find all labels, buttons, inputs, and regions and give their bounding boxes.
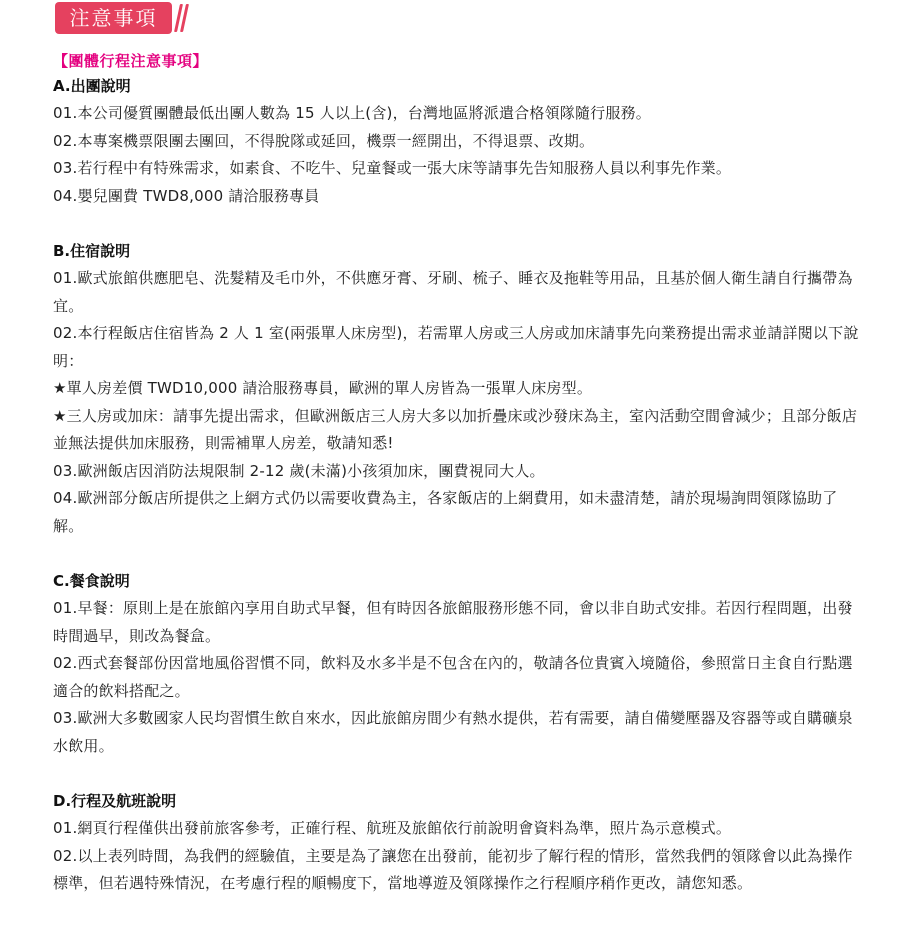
notice-badge: 注意事項: [55, 2, 172, 34]
section-title: A.出團說明: [53, 73, 863, 100]
notice-item: 02.西式套餐部份因當地風俗習慣不同，飲料及水多半是不包含在內的，敬請各位貴賓入…: [53, 650, 863, 705]
section-title: D.行程及航班說明: [53, 788, 863, 815]
notice-item: ★三人房或加床：請事先提出需求，但歐洲飯店三人房大多以加折疊床或沙發床為主，室內…: [53, 403, 863, 458]
notice-item: 03.若行程中有特殊需求，如素食、不吃牛、兒童餐或一張大床等請事先告知服務人員以…: [53, 155, 863, 183]
notice-item: 03.歐洲飯店因消防法規限制 2-12 歲(未滿)小孩須加床，團費視同大人。: [53, 458, 863, 486]
section-departure: A.出團說明 01.本公司優質團體最低出團人數為 15 人以上(含)，台灣地區將…: [53, 73, 863, 210]
notice-item: 01.本公司優質團體最低出團人數為 15 人以上(含)，台灣地區將派遣合格領隊隨…: [53, 100, 863, 128]
double-slash-icon: [175, 4, 189, 34]
notice-item: 02.以上表列時間，為我們的經驗值，主要是為了讓您在出發前，能初步了解行程的情形…: [53, 843, 863, 898]
notice-item: 04.歐洲部分飯店所提供之上網方式仍以需要收費為主，各家飯店的上網費用，如未盡清…: [53, 485, 863, 540]
section-title: C.餐食說明: [53, 568, 863, 595]
section-meals: C.餐食說明 01.早餐：原則上是在旅館內享用自助式早餐，但有時因各旅館服務形態…: [53, 568, 863, 760]
section-itinerary-flights: D.行程及航班說明 01.網頁行程僅供出發前旅客參考，正確行程、航班及旅館依行前…: [53, 788, 863, 898]
notice-item: 03.歐洲大多數國家人民均習慣生飲自來水，因此旅館房間少有熱水提供，若有需要，請…: [53, 705, 863, 760]
notice-item: 02.本行程飯店住宿皆為 2 人 1 室(兩張單人床房型)，若需單人房或三人房或…: [53, 320, 863, 375]
notice-item: 01.早餐：原則上是在旅館內享用自助式早餐，但有時因各旅館服務形態不同，會以非自…: [53, 595, 863, 650]
notice-page: 注意事項 【團體行程注意事項】 A.出團說明 01.本公司優質團體最低出團人數為…: [53, 0, 863, 898]
notice-item: 04.嬰兒團費 TWD8,000 請洽服務專員: [53, 183, 863, 211]
section-title: B.住宿說明: [53, 238, 863, 265]
notice-item: 02.本專案機票限團去團回，不得脫隊或延回，機票一經開出，不得退票、改期。: [53, 128, 863, 156]
notice-item: 01.歐式旅館供應肥皂、洗髮精及毛巾外，不供應牙膏、牙刷、梳子、睡衣及拖鞋等用品…: [53, 265, 863, 320]
group-notice-subheading: 【團體行程注意事項】: [53, 49, 863, 73]
section-accommodation: B.住宿說明 01.歐式旅館供應肥皂、洗髮精及毛巾外，不供應牙膏、牙刷、梳子、睡…: [53, 238, 863, 540]
header-row: 注意事項: [53, 0, 863, 40]
notice-item: ★單人房差價 TWD10,000 請洽服務專員，歐洲的單人房皆為一張單人床房型。: [53, 375, 863, 403]
notice-item: 01.網頁行程僅供出發前旅客參考，正確行程、航班及旅館依行前說明會資料為準，照片…: [53, 815, 863, 843]
